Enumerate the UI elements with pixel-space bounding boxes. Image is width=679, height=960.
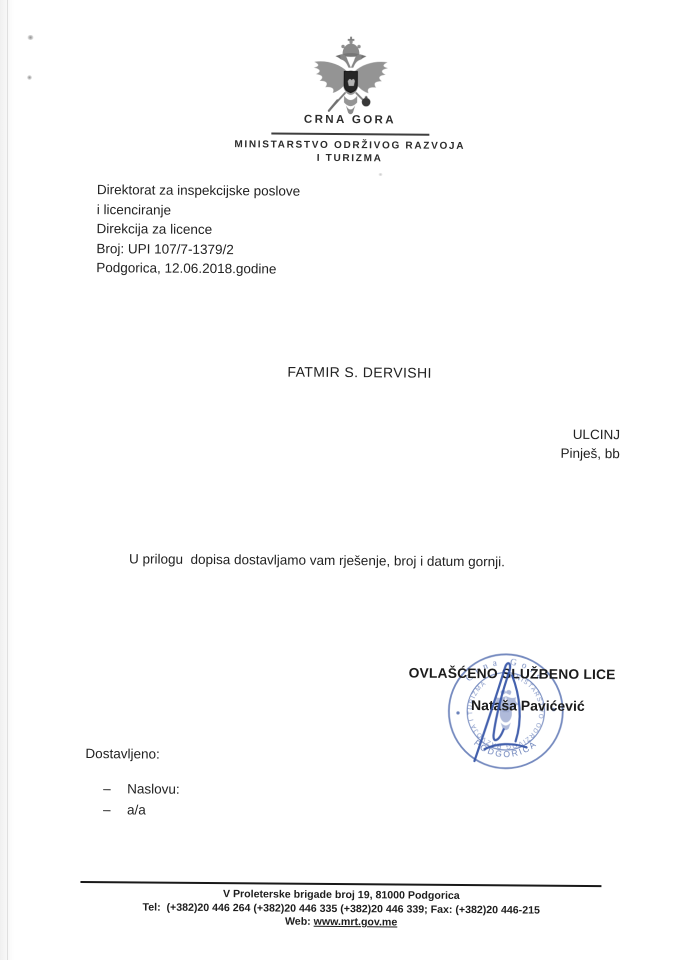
scan-speck <box>27 35 34 40</box>
distribution-item: – Naslovu: <box>103 779 180 800</box>
recipient-address-block: ULCINJ Pinješ, bb <box>440 424 620 463</box>
distribution-list: – Naslovu: – a/a <box>103 779 180 821</box>
scanned-letter-page: CRNA GORA MINISTARSTVO ODRŽIVOG RAZVOJA … <box>0 0 679 960</box>
sender-block: Direktorat za inspekcijske poslove i lic… <box>96 180 300 279</box>
recipient-city: ULCINJ <box>440 424 620 444</box>
footer-web-link[interactable]: www.mrt.gov.me <box>314 916 398 929</box>
list-dash: – <box>103 779 127 800</box>
recipient-street: Pinješ, bb <box>440 443 620 463</box>
scan-edge-artifact <box>7 0 8 960</box>
place-and-date: Podgorica, 12.06.2018.godine <box>96 258 299 279</box>
sender-directorate: Direktorat za inspekcijske poslove <box>97 180 300 201</box>
sender-direction: Direkcija za licence <box>97 219 300 240</box>
distribution-item-label: Naslovu: <box>127 779 180 800</box>
header-divider <box>271 132 429 135</box>
footer-block: V Proleterske brigade broj 19, 81000 Pod… <box>51 887 631 932</box>
handwritten-signature-icon <box>444 639 575 780</box>
list-dash: – <box>103 800 127 821</box>
sender-directorate-cont: i licenciranje <box>97 200 300 221</box>
country-title: CRNA GORA <box>10 111 679 128</box>
recipient-name: FATMIR S. DERVISHI <box>287 364 431 381</box>
letter-content: CRNA GORA MINISTARSTVO ODRŽIVOG RAZVOJA … <box>0 0 679 960</box>
scan-speck <box>27 75 32 80</box>
letter-body-paragraph: U prilogu dopisa dostavljamo vam rješenj… <box>129 551 505 569</box>
distribution-label: Dostavljeno: <box>85 746 159 762</box>
footer-web-label: Web: <box>285 916 314 928</box>
montenegro-coat-of-arms-icon <box>303 35 398 120</box>
case-number: Broj: UPI 107/7-1379/2 <box>96 239 299 260</box>
footer-divider <box>80 881 601 887</box>
distribution-item: – a/a <box>103 800 180 821</box>
scan-speck <box>378 173 383 176</box>
distribution-item-label: a/a <box>127 800 146 821</box>
